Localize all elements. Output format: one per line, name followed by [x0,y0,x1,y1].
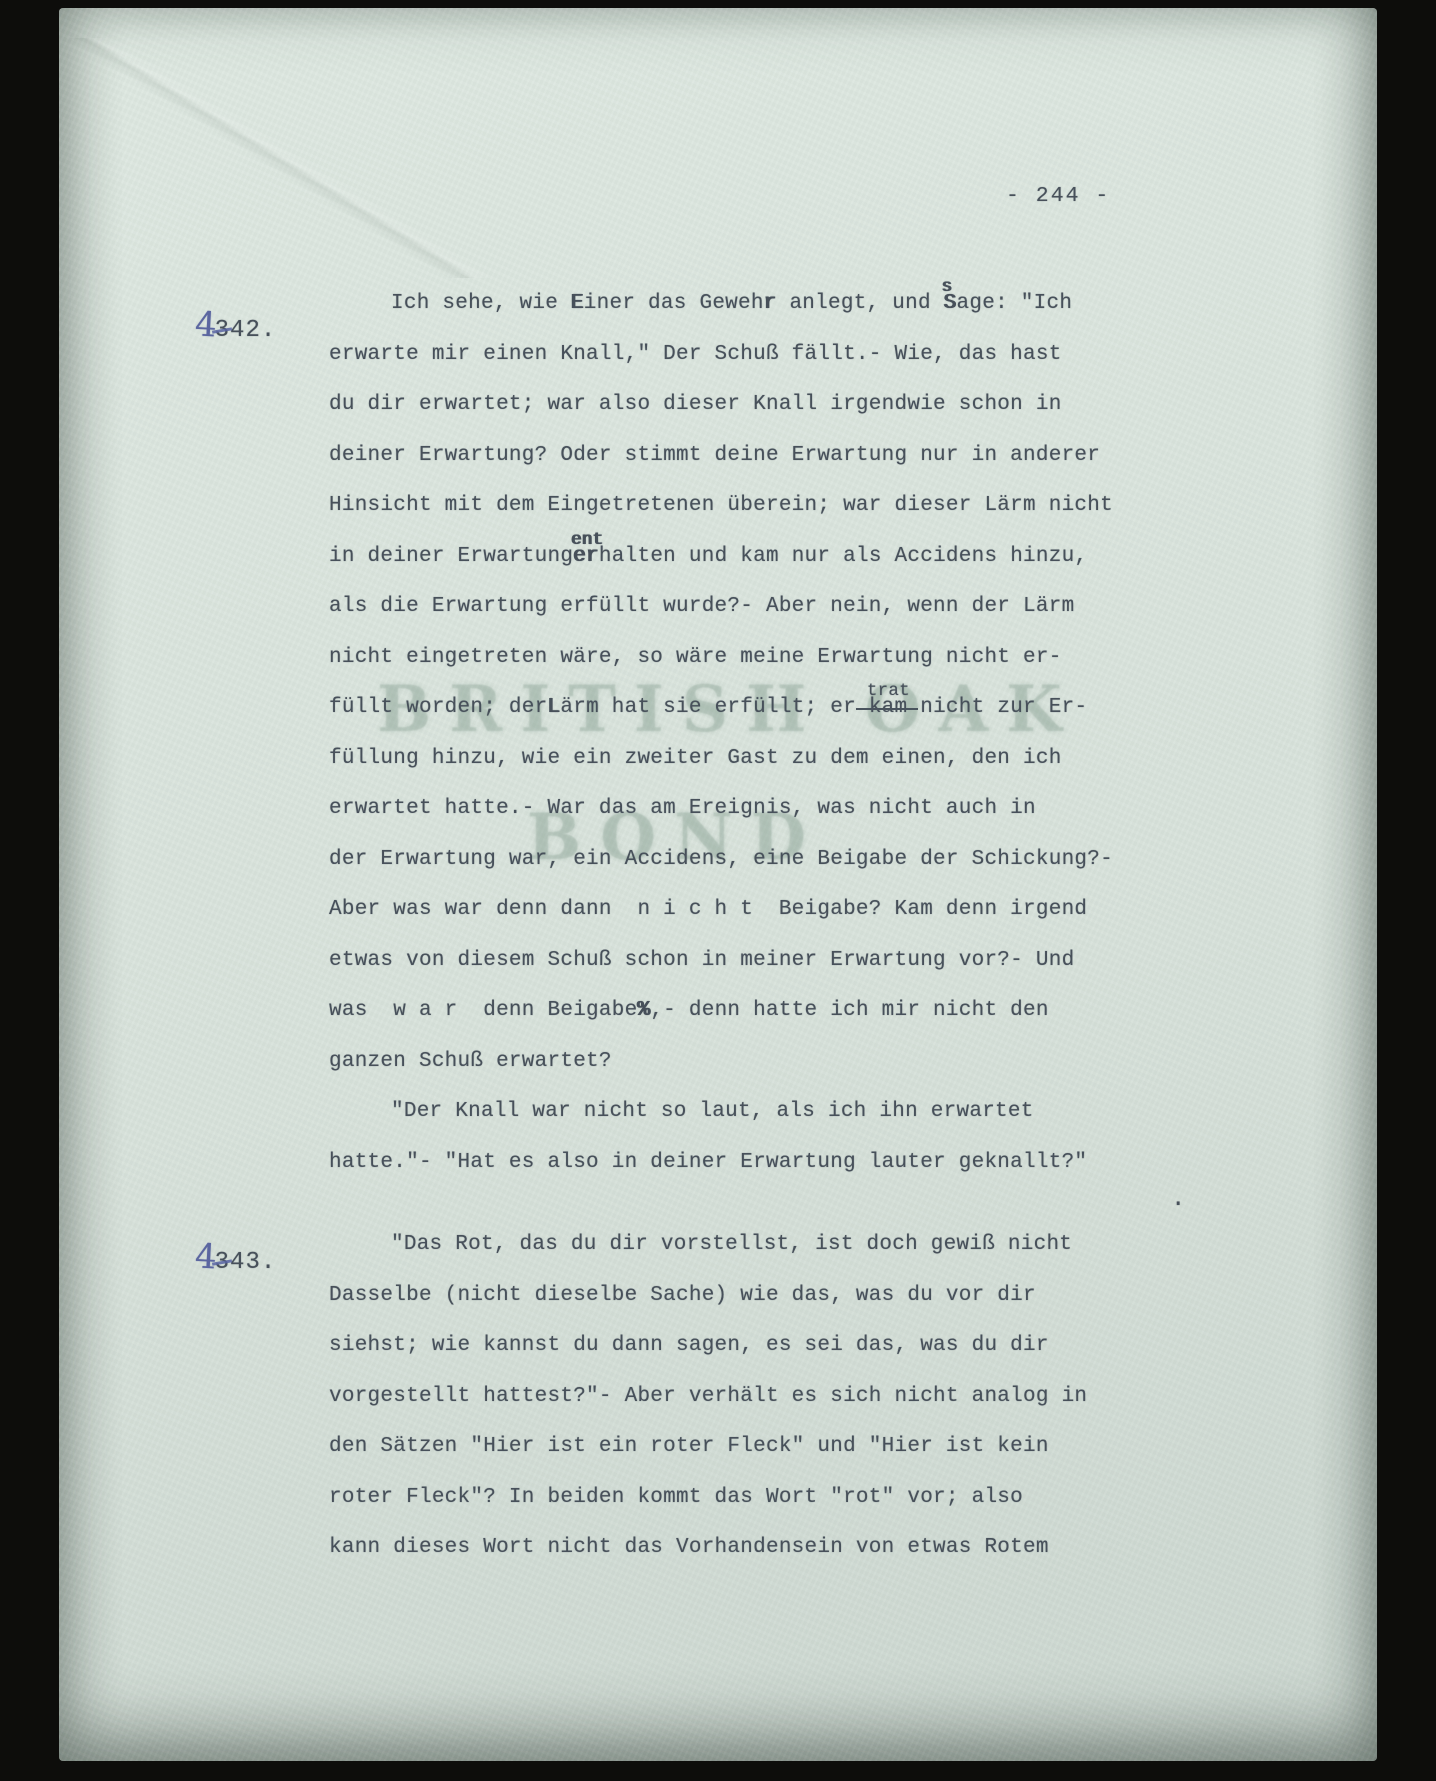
text-line: ganzen Schuß erwartet? [329,1037,1209,1088]
text-line: als die Erwartung erfüllt wurde?- Aber n… [329,582,1209,633]
typed-text: "Das Rot, das du dir vorstellst, ist doc… [391,1233,1072,1256]
inserted-correction: trat [867,683,910,701]
typed-text: der Erwartung war, ein Accidens, eine Be… [329,848,1113,871]
inserted-correction: s [942,279,953,297]
struck-digit: 3 [215,317,230,344]
text-line: hatte."- "Hat es also in deiner Erwartun… [329,1138,1209,1189]
paper-crease [69,38,489,278]
page-number: - 244 - [1006,184,1110,208]
text-line: erwarte mir einen Knall," Der Schuß fäll… [329,330,1209,381]
overtyped-text: Ss [944,292,957,315]
typed-text: hatte."- "Hat es also in deiner Erwartun… [329,1151,1087,1174]
text-line: was w a r denn Beigabe%,- denn hatte ich… [329,986,1209,1037]
typed-text: erwarte mir einen Knall," Der Schuß fäll… [329,343,1062,366]
typed-text: siehst; wie kannst du dann sagen, es sei… [329,1334,1049,1357]
typed-text: Hinsicht mit dem Eingetretenen überein; … [329,494,1113,517]
text-line: "Der Knall war nicht so laut, als ich ih… [329,1087,1209,1138]
typed-text: Aber was war denn dann n i c h t Beigabe… [329,898,1087,921]
text-line: vorgestellt hattest?"- Aber verhält es s… [329,1372,1209,1423]
text-line: füllt worden; derLärm hat sie erfüllt; e… [329,683,1209,734]
text-line: Hinsicht mit dem Eingetretenen überein; … [329,481,1209,532]
struck-word: kamtrat [869,696,908,719]
document-page: BRITISH OAK BOND - 244 - . 4342.Ich sehe… [59,8,1377,1761]
typed-text: iner das Geweh [584,292,764,315]
typed-text: was w a r denn Beigabe [329,999,637,1022]
text-line: etwas von diesem Schuß schon in meiner E… [329,936,1209,987]
text-line: du dir erwartet; war also dieser Knall i… [329,380,1209,431]
text-line: füllung hinzu, wie ein zweiter Gast zu d… [329,734,1209,785]
typed-text: du dir erwartet; war also dieser Knall i… [329,393,1062,416]
section-number: 4342. [195,305,276,345]
typed-text: ärm hat sie erfüllt; er [560,696,868,719]
typed-text: den Sätzen "Hier ist ein roter Fleck" un… [329,1435,1049,1458]
typed-text: füllung hinzu, wie ein zweiter Gast zu d… [329,747,1062,770]
typed-text: kann dieses Wort nicht das Vorhandensein… [329,1536,1049,1559]
text-line: roter Fleck"? In beiden kommt das Wort "… [329,1473,1209,1524]
typed-text: nicht eingetreten wäre, so wäre meine Er… [329,646,1062,669]
text-line: kann dieses Wort nicht das Vorhandensein… [329,1523,1209,1574]
typed-text: "Der Knall war nicht so laut, als ich ih… [391,1100,1034,1123]
struck-digit: 3 [215,1249,230,1276]
section-text: "Das Rot, das du dir vorstellst, ist doc… [329,1220,1209,1574]
text-line: den Sätzen "Hier ist ein roter Fleck" un… [329,1422,1209,1473]
overtyped-text: L [548,696,561,719]
section-text: Ich sehe, wie Einer das Gewehr anlegt, u… [329,279,1209,1188]
overtyped-text: E [571,292,584,315]
typed-text: halten und kam nur als Accidens hinzu, [599,545,1087,568]
text-line: deiner Erwartung? Oder stimmt deine Erwa… [329,431,1209,482]
section-number: 4343. [195,1237,276,1277]
typed-text: Dasselbe (nicht dieselbe Sache) wie das,… [329,1284,1036,1307]
typed-text: deiner Erwartung? Oder stimmt deine Erwa… [329,444,1100,467]
typed-text: erwartet hatte.- War das am Ereignis, wa… [329,797,1036,820]
text-line: Ich sehe, wie Einer das Gewehr anlegt, u… [329,279,1209,330]
typed-text: vorgestellt hattest?"- Aber verhält es s… [329,1385,1087,1408]
typed-text: age: "Ich [957,292,1073,315]
typed-text: als die Erwartung erfüllt wurde?- Aber n… [329,595,1074,618]
typed-text: anlegt, und [777,292,944,315]
typed-text: ganzen Schuß erwartet? [329,1050,612,1073]
overtyped-text: r [764,292,777,315]
typed-digits: 43. [230,1249,276,1276]
stray-ink-dot: . [1171,1186,1185,1213]
text-line: siehst; wie kannst du dann sagen, es sei… [329,1321,1209,1372]
typed-text: roter Fleck"? In beiden kommt das Wort "… [329,1486,1023,1509]
overtyped-text: % [637,999,650,1022]
typed-text: ,- denn hatte ich mir nicht den [650,999,1048,1022]
text-line: Dasselbe (nicht dieselbe Sache) wie das,… [329,1271,1209,1322]
typed-text: nicht zur Er- [907,696,1087,719]
overtyped-text: erent [573,545,599,568]
typed-text: in deiner Erwartung [329,545,573,568]
text-line: der Erwartung war, ein Accidens, eine Be… [329,835,1209,886]
typed-digits: 42. [230,317,276,344]
text-line: Aber was war denn dann n i c h t Beigabe… [329,885,1209,936]
text-line: nicht eingetreten wäre, so wäre meine Er… [329,633,1209,684]
text-line: erwartet hatte.- War das am Ereignis, wa… [329,784,1209,835]
typed-text: etwas von diesem Schuß schon in meiner E… [329,949,1074,972]
typed-text: füllt worden; der [329,696,548,719]
typed-text: Ich sehe, wie [391,292,571,315]
text-line: in deiner Erwartungerenthalten und kam n… [329,532,1209,583]
text-line: "Das Rot, das du dir vorstellst, ist doc… [329,1220,1209,1271]
